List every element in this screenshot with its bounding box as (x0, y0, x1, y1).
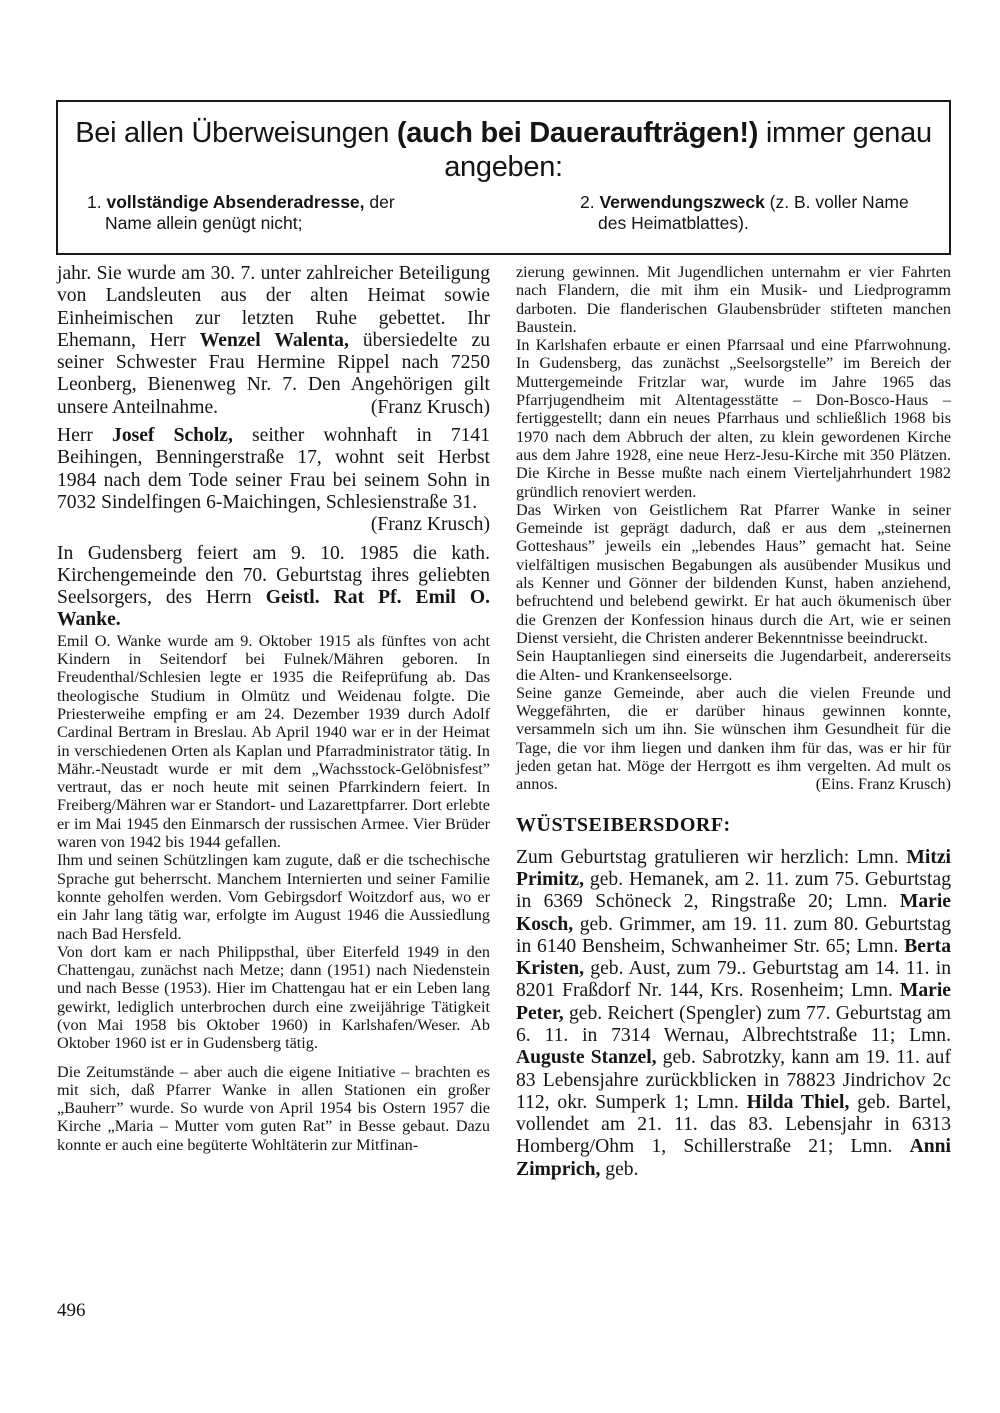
item-keyword: Verwendungszweck (599, 192, 764, 212)
paragraph-wishes: Seine ganze Gemeinde, aber auch die viel… (516, 684, 951, 794)
text: geb. Grimmer, am 19. 11. zum 80. Geburts… (516, 914, 951, 957)
item-text: der (365, 192, 395, 212)
notice-title: Bei allen Überweisungen (auch bei Dauera… (58, 116, 949, 184)
text: Zum Geburtstag gratulieren wir herzlich:… (516, 847, 906, 868)
author-signature: (Franz Krusch) (371, 397, 490, 419)
left-column: jahr. Sie wurde am 30. 7. unter zahlreic… (57, 263, 490, 1154)
paragraph-work: Das Wirken von Geistlichem Rat Pfarrer W… (516, 501, 951, 647)
person-name: Josef Scholz, (112, 425, 233, 446)
text: geb. (600, 1159, 638, 1180)
person-name: Wenzel Walenta, (200, 330, 349, 351)
notice-title-text: Bei allen Überweisungen (75, 117, 397, 149)
right-column: zierung gewinnen. Mit Jugendlichen unter… (516, 263, 951, 1181)
person-name: Hilda Thiel, (747, 1092, 850, 1113)
item-text: (z. B. voller Name (765, 192, 909, 212)
paragraph-karlshafen: In Karlshafen erbaute er einen Pfarrsaal… (516, 336, 951, 501)
paragraph-builder: Die Zeitumstände – aber auch die eigene … (57, 1063, 490, 1154)
author-signature: (Eins. Franz Krusch) (816, 775, 951, 793)
item-keyword: vollständige Absenderadresse, (106, 192, 364, 212)
text: Herr (57, 425, 112, 446)
text: geb. Reichert (Spengler) zum 77. Geburts… (516, 1003, 951, 1046)
paragraph-main-concern: Sein Hauptanliegen sind einerseits die J… (516, 647, 951, 684)
item-text-line2: Name allein genügt nicht; (87, 213, 467, 234)
page-number: 496 (57, 1300, 86, 1322)
item-number: 1. (87, 192, 106, 212)
notice-item-purpose: 2. Verwendungszweck (z. B. voller Name d… (580, 192, 940, 234)
item-text-line2: des Heimatblattes). (580, 213, 940, 234)
paragraph-czech-language: Ihm und seinen Schützlingen kam zugute, … (57, 851, 490, 942)
notice-title-emphasis: (auch bei Daueraufträgen!) (397, 117, 758, 149)
author-signature: (Franz Krusch) (57, 514, 490, 536)
paragraph-chattengau: Von dort kam er nach Philippsthal, über … (57, 943, 490, 1053)
person-name: Auguste Stanzel, (516, 1047, 657, 1068)
paragraph-flanders: zierung gewinnen. Mit Jugendlichen unter… (516, 263, 951, 336)
transfer-notice-box: Bei allen Überweisungen (auch bei Dauera… (56, 100, 951, 255)
paragraph-biography: Emil O. Wanke wurde am 9. Oktober 1915 a… (57, 632, 490, 852)
section-heading-wuestseibersdorf: WÜSTSEIBERSDORF: (516, 814, 951, 837)
paragraph-gudensberg: In Gudensberg feiert am 9. 10. 1985 die … (57, 543, 490, 632)
paragraph-walenta: jahr. Sie wurde am 30. 7. unter zahlreic… (57, 263, 490, 419)
item-number: 2. (580, 192, 599, 212)
paragraph-scholz: Herr Josef Scholz, seither wohnhaft in 7… (57, 425, 490, 536)
paragraph-birthdays: Zum Geburtstag gratulieren wir herzlich:… (516, 847, 951, 1181)
notice-item-sender-address: 1. vollständige Absenderadresse, der Nam… (87, 192, 467, 234)
